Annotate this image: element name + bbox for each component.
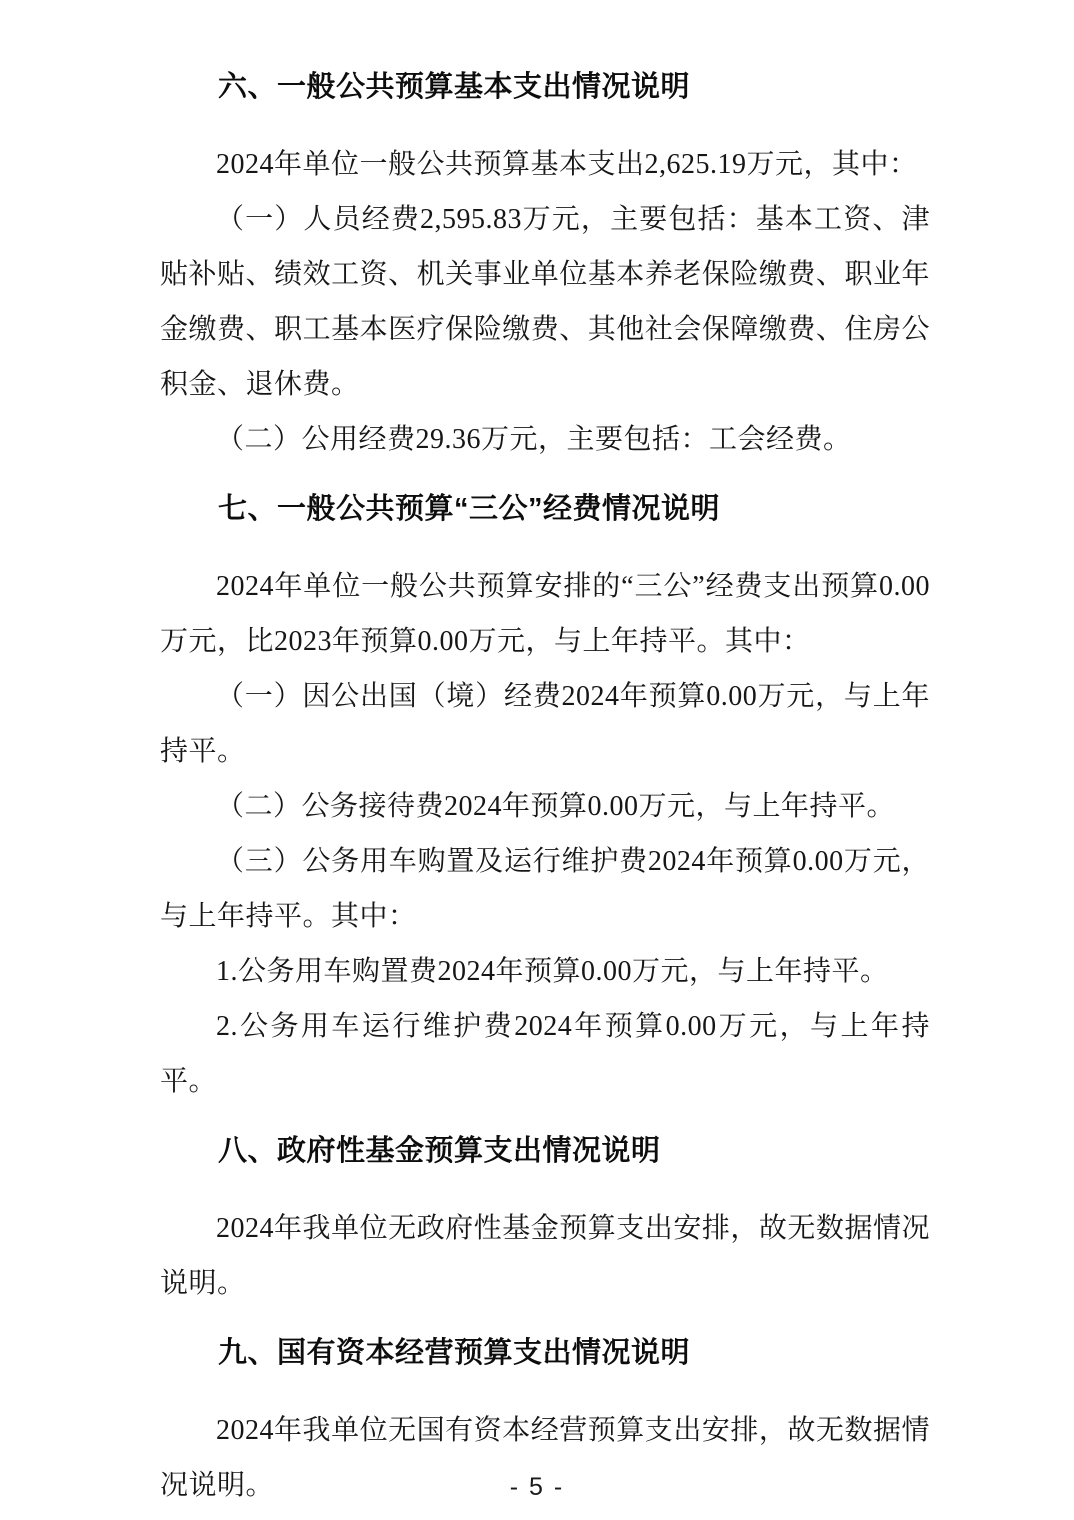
- section-basic-expenditure: 六、一般公共预算基本支出情况说明 2024年单位一般公共预算基本支出2,625.…: [160, 67, 930, 467]
- section-three-public-funds: 七、一般公共预算“三公”经费情况说明 2024年单位一般公共预算安排的“三公”经…: [160, 489, 930, 1109]
- paragraph: （一）因公出国（境）经费2024年预算0.00万元，与上年持平。: [160, 669, 930, 779]
- paragraph: 2.公务用车运行维护费2024年预算0.00万元，与上年持平。: [160, 999, 930, 1109]
- paragraph: （二）公务接待费2024年预算0.00万元，与上年持平。: [160, 779, 930, 834]
- paragraph: （一）人员经费2,595.83万元，主要包括：基本工资、津贴补贴、绩效工资、机关…: [160, 192, 930, 412]
- section-heading-8: 八、政府性基金预算支出情况说明: [160, 1131, 930, 1171]
- paragraph: （二）公用经费29.36万元，主要包括：工会经费。: [160, 412, 930, 467]
- document-content: 六、一般公共预算基本支出情况说明 2024年单位一般公共预算基本支出2,625.…: [0, 0, 1074, 1513]
- section-heading-7: 七、一般公共预算“三公”经费情况说明: [160, 489, 930, 529]
- section-heading-9: 九、国有资本经营预算支出情况说明: [160, 1333, 930, 1373]
- section-heading-6: 六、一般公共预算基本支出情况说明: [160, 67, 930, 107]
- document-page: 六、一般公共预算基本支出情况说明 2024年单位一般公共预算基本支出2,625.…: [0, 0, 1074, 1520]
- paragraph: 1.公务用车购置费2024年预算0.00万元，与上年持平。: [160, 944, 930, 999]
- paragraph: （三）公务用车购置及运行维护费2024年预算0.00万元，与上年持平。其中：: [160, 834, 930, 944]
- page-number: - 5 -: [0, 1473, 1074, 1502]
- paragraph: 2024年单位一般公共预算基本支出2,625.19万元，其中：: [160, 137, 930, 192]
- paragraph: 2024年我单位无政府性基金预算支出安排，故无数据情况说明。: [160, 1201, 930, 1311]
- paragraph: 2024年单位一般公共预算安排的“三公”经费支出预算0.00万元，比2023年预…: [160, 559, 930, 669]
- section-government-fund-budget: 八、政府性基金预算支出情况说明 2024年我单位无政府性基金预算支出安排，故无数…: [160, 1131, 930, 1311]
